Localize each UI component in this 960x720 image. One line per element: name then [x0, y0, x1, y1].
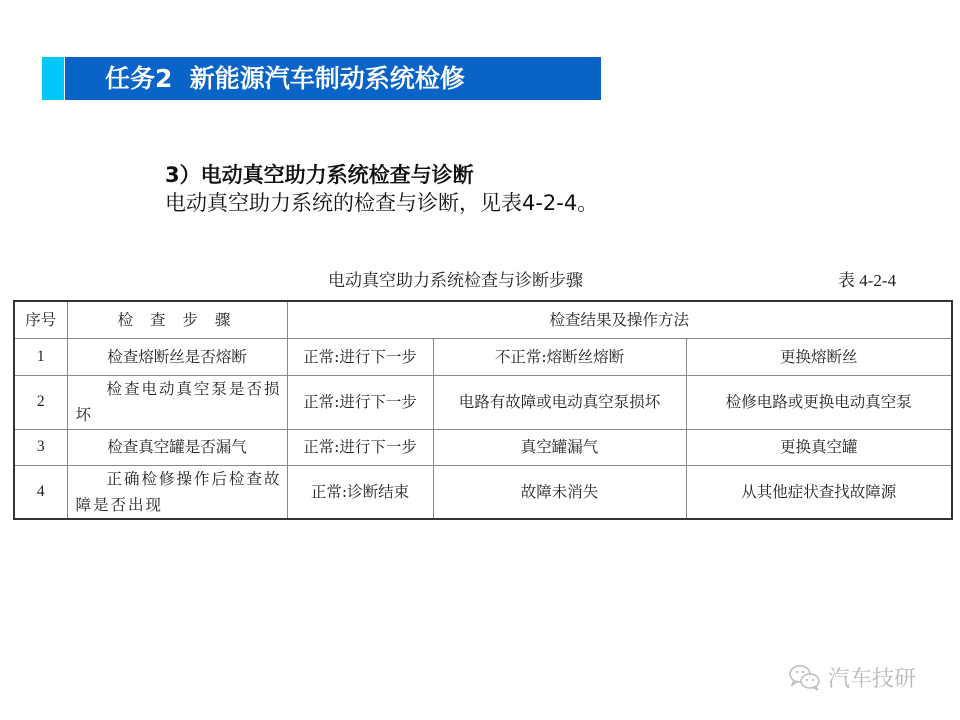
row-step: 检查电动真空泵是否损坏 — [67, 375, 287, 429]
section-heading: 3）电动真空助力系统检查与诊断 — [165, 161, 474, 189]
banner-accent-stripe — [42, 57, 64, 100]
row-step: 检查真空罐是否漏气 — [67, 429, 287, 465]
row-abnormal: 不正常:熔断丝熔断 — [433, 338, 686, 375]
page-title: 任务2 新能源汽车制动系统检修 — [105, 64, 465, 93]
wechat-icon — [788, 664, 822, 692]
table-row: 2 检查电动真空泵是否损坏 正常:进行下一步 电路有故障或电动真空泵损坏 检修电… — [14, 375, 952, 429]
row-action: 从其他症状查找故障源 — [686, 465, 952, 519]
header-step: 检 查 步 骤 — [67, 301, 287, 338]
row-index: 2 — [14, 375, 67, 429]
watermark: 汽车技研 — [788, 662, 916, 693]
table-caption: 电动真空助力系统检查与诊断步骤 — [328, 266, 583, 291]
table-row: 1 检查熔断丝是否熔断 正常:进行下一步 不正常:熔断丝熔断 更换熔断丝 — [14, 338, 952, 375]
table-number: 表 4-2-4 — [838, 266, 896, 291]
row-abnormal: 电路有故障或电动真空泵损坏 — [433, 375, 686, 429]
header-result: 检查结果及操作方法 — [287, 301, 952, 338]
header-index: 序号 — [14, 301, 67, 338]
table-row: 3 检查真空罐是否漏气 正常:进行下一步 真空罐漏气 更换真空罐 — [14, 429, 952, 465]
row-action: 更换真空罐 — [686, 429, 952, 465]
row-action: 检修电路或更换电动真空泵 — [686, 375, 952, 429]
row-normal: 正常:诊断结束 — [287, 465, 433, 519]
watermark-text: 汽车技研 — [828, 662, 916, 693]
row-index: 1 — [14, 338, 67, 375]
row-normal: 正常:进行下一步 — [287, 338, 433, 375]
row-action: 更换熔断丝 — [686, 338, 952, 375]
row-abnormal: 真空罐漏气 — [433, 429, 686, 465]
row-normal: 正常:进行下一步 — [287, 429, 433, 465]
diagnosis-table: 序号 检 查 步 骤 检查结果及操作方法 1 检查熔断丝是否熔断 正常:进行下一… — [13, 300, 953, 520]
row-normal: 正常:进行下一步 — [287, 375, 433, 429]
row-index: 4 — [14, 465, 67, 519]
row-index: 3 — [14, 429, 67, 465]
row-abnormal: 故障未消失 — [433, 465, 686, 519]
row-step: 正确检修操作后检查故障是否出现 — [67, 465, 287, 519]
page-title-banner: 任务2 新能源汽车制动系统检修 — [65, 57, 601, 100]
table-header-row: 序号 检 查 步 骤 检查结果及操作方法 — [14, 301, 952, 338]
table-row: 4 正确检修操作后检查故障是否出现 正常:诊断结束 故障未消失 从其他症状查找故… — [14, 465, 952, 519]
row-step: 检查熔断丝是否熔断 — [67, 338, 287, 375]
section-text: 电动真空助力系统的检查与诊断，见表4-2-4。 — [165, 189, 598, 217]
